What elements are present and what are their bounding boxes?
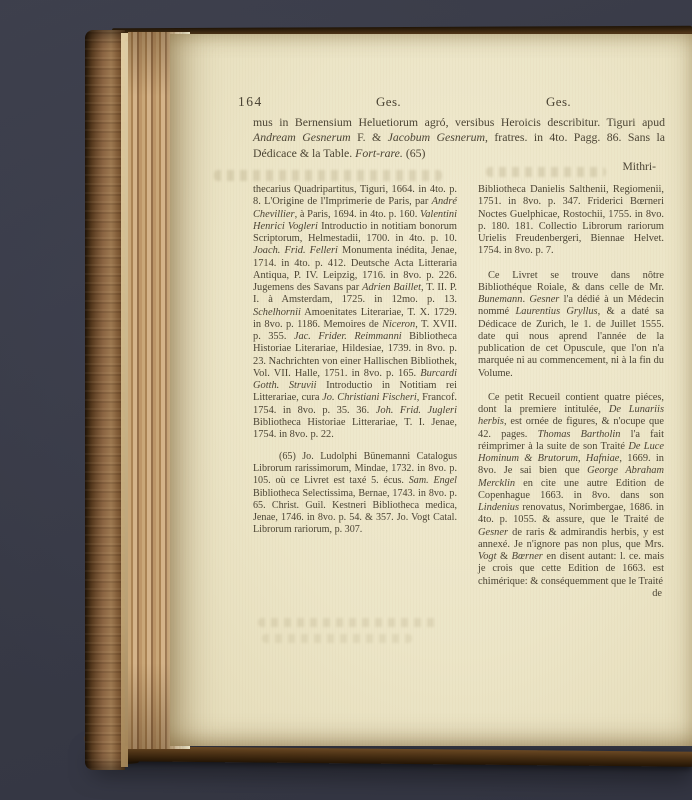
left-column: thecarius Quadripartitus, Tiguri, 1664. … [253, 184, 457, 536]
running-head-left: Ges. [376, 94, 401, 110]
right-paragraph-2: Ce Livret se trouve dans nôtre Bibliothé… [478, 270, 664, 380]
right-paragraph-3: Ce petit Recueil contient quatre piéces,… [478, 392, 664, 588]
book-scan: 164 Ges. Ges. mus in Bernensium Heluetio… [0, 0, 692, 800]
catchword-bottom: de [478, 588, 664, 600]
right-paragraph-1: Bibliotheca Danielis Salthenii, Regiomen… [478, 184, 664, 258]
page-content: 164 Ges. Ges. mus in Bernensium Heluetio… [0, 0, 692, 800]
running-head-right: Ges. [546, 94, 571, 110]
page-number: 164 [238, 94, 263, 110]
intro-paragraph: mus in Bernensium Heluetiorum agró, vers… [253, 115, 665, 161]
left-column-text: thecarius Quadripartitus, Tiguri, 1664. … [253, 184, 457, 441]
right-column: Bibliotheca Danielis Salthenii, Regiomen… [478, 184, 664, 600]
footnote-65: (65) Jo. Ludolphi Bünemanni Catalogus Li… [253, 451, 457, 536]
catchword-top: Mithri- [478, 160, 656, 173]
